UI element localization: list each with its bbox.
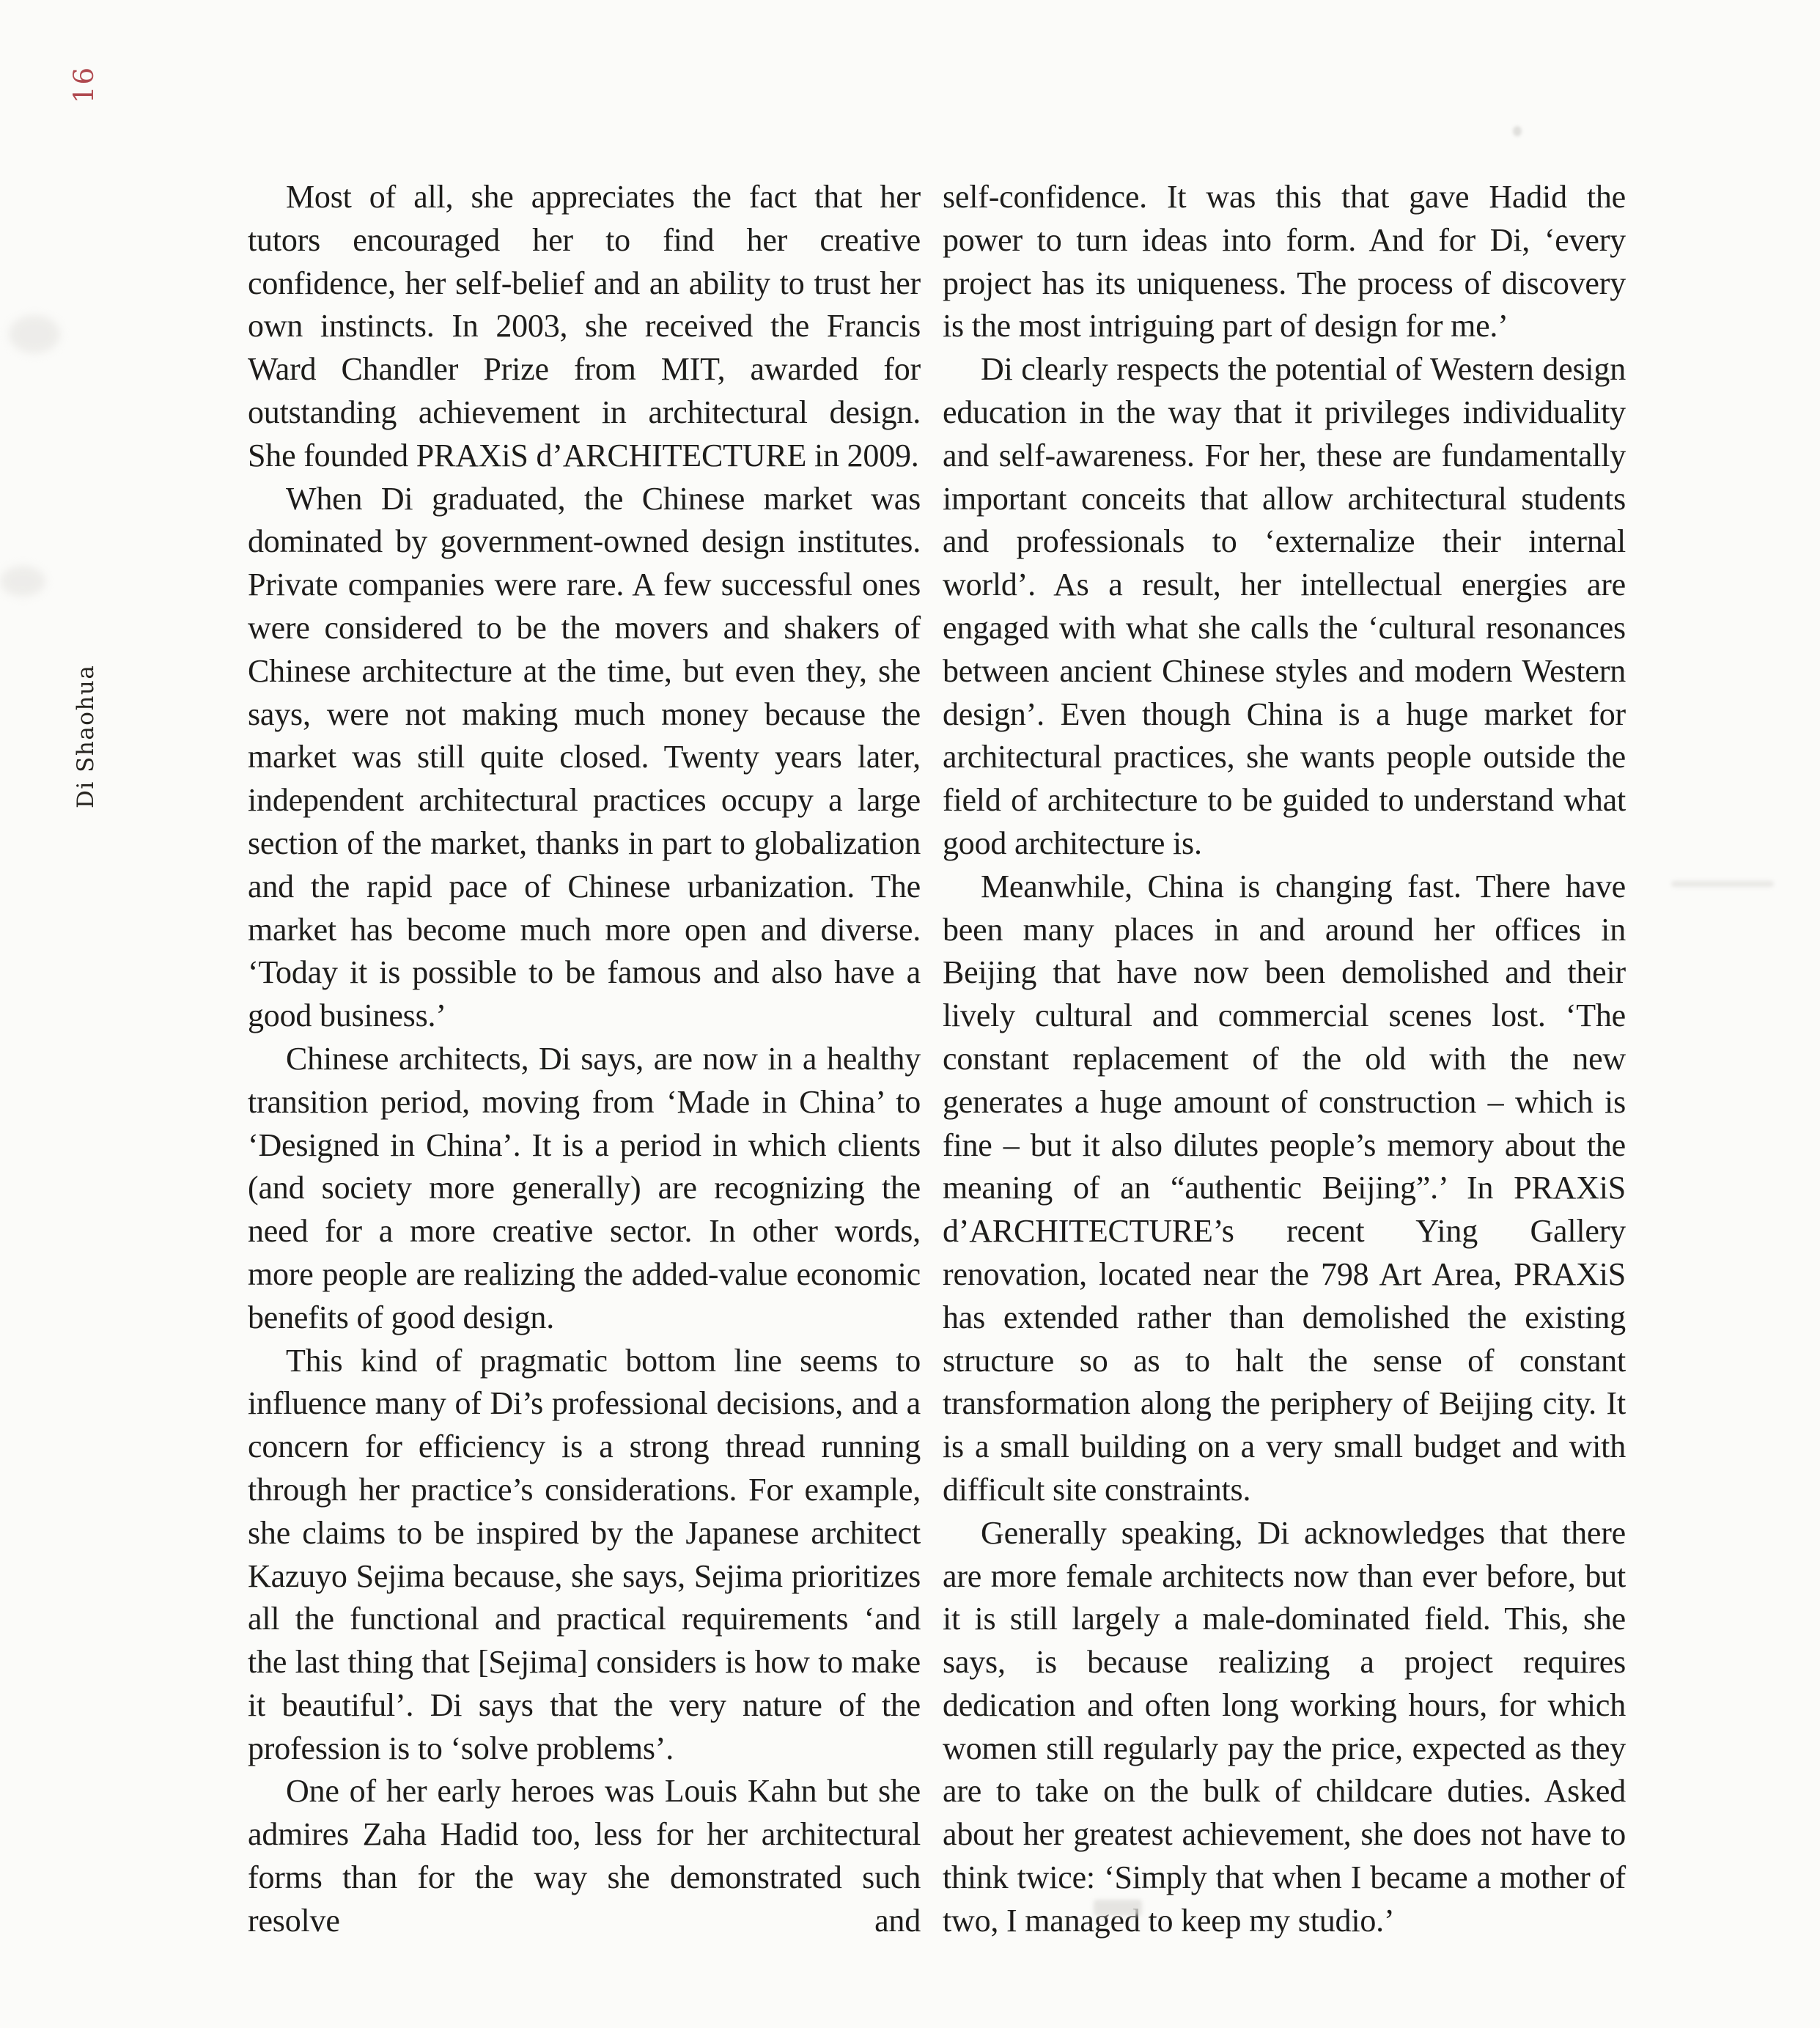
paragraph: This kind of pragmatic bottom line seems… [248,1340,921,1771]
paragraph: Generally speaking, Di acknowledges that… [943,1512,1626,1943]
scan-smudge [1094,1900,1142,1916]
paragraph: One of her early heroes was Louis Kahn b… [248,1770,921,1942]
book-page: 16 Di Shaohua Most of all, she appreciat… [0,0,1820,2028]
page-number-text: 16 [68,66,100,103]
sidebar-author-text: Di Shaohua [73,665,99,808]
scan-smudge [0,566,45,597]
paragraph: self-confidence. It was this that gave H… [943,176,1626,348]
article-column-left: Most of all, she appreciates the fact th… [248,176,921,1943]
paragraph: Chinese architects, Di says, are now in … [248,1038,921,1340]
paragraph: Meanwhile, China is changing fast. There… [943,866,1626,1512]
sidebar-author-name: Di Shaohua [75,665,97,808]
page-number: 16 [70,66,97,103]
article-column-right: self-confidence. It was this that gave H… [943,176,1626,1943]
paragraph: Most of all, she appreciates the fact th… [248,176,921,478]
scan-smudge [1513,126,1522,136]
paragraph: When Di graduated, the Chinese market wa… [248,478,921,1038]
paragraph: Di clearly respects the potential of Wes… [943,348,1626,866]
scan-smudge [9,315,60,353]
scan-smudge [1671,881,1774,887]
